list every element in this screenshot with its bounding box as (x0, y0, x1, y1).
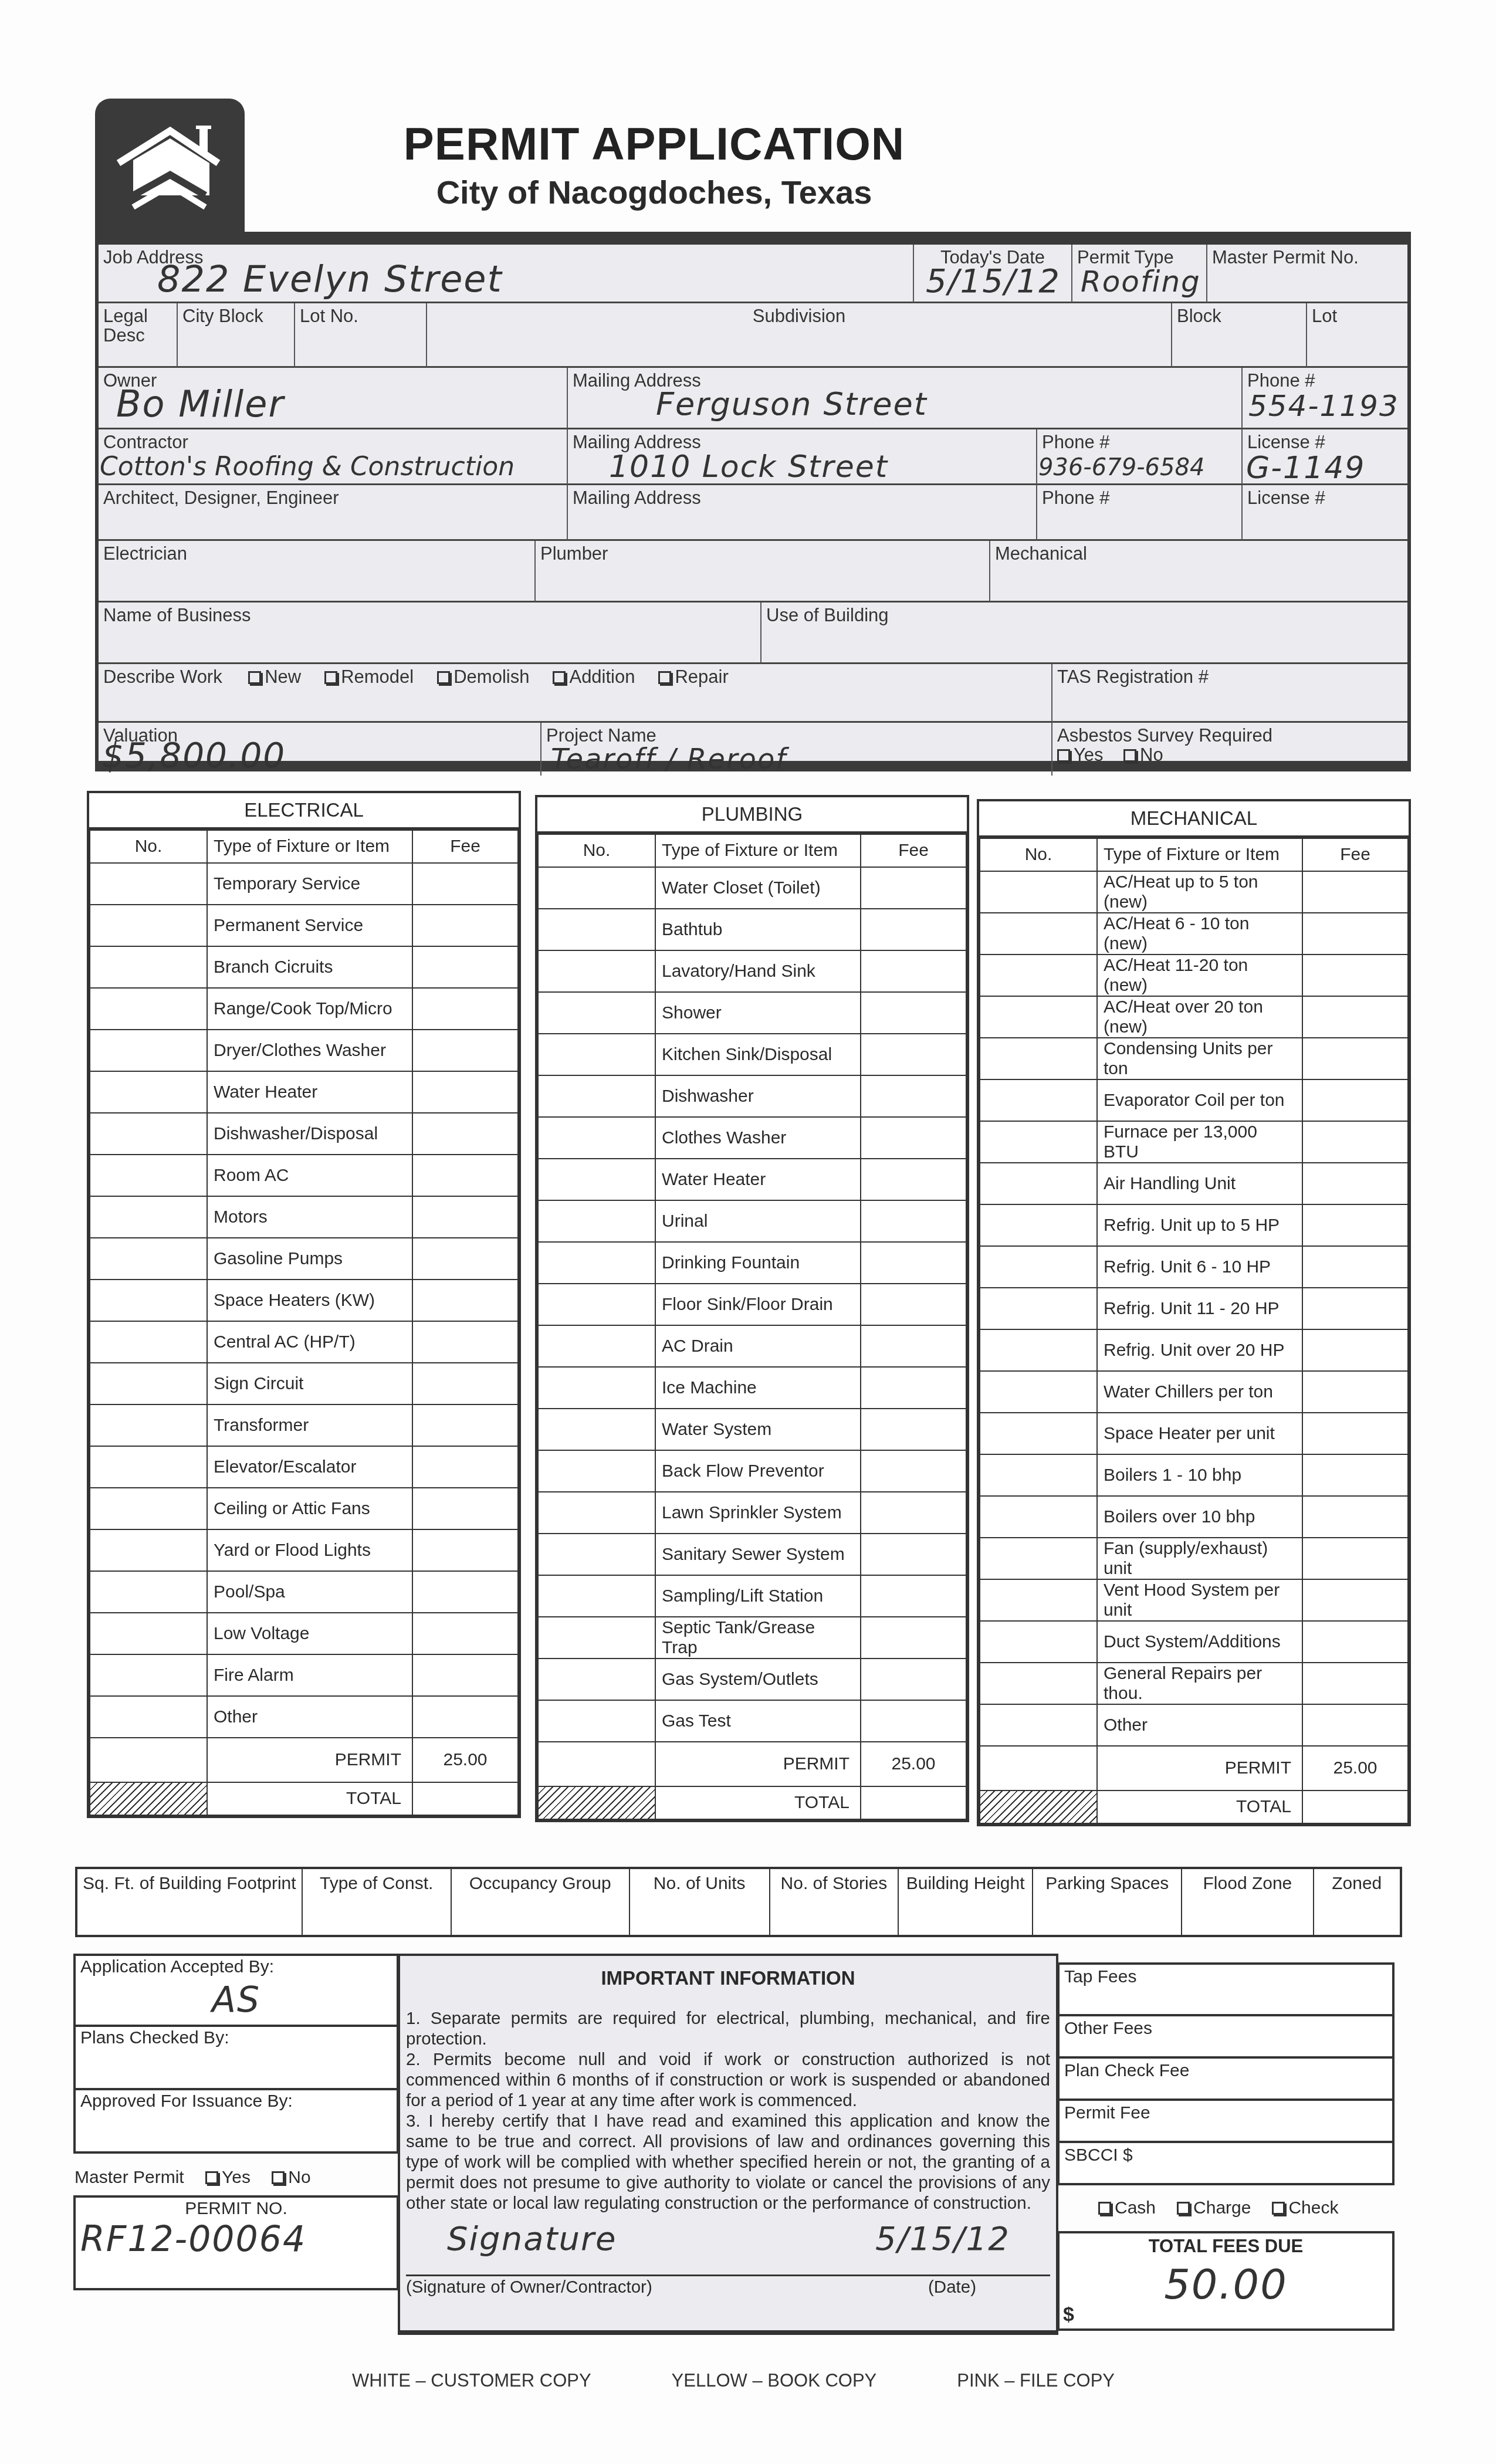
item-label: Furnace per 13,000 BTU (1097, 1121, 1302, 1163)
permit-quantity-cell (980, 1746, 1097, 1791)
table-row: Space Heater per unit (980, 1413, 1408, 1454)
quantity-cell[interactable] (980, 1246, 1097, 1288)
quantity-cell[interactable] (980, 1663, 1097, 1704)
stat-parking-spaces-field[interactable]: Parking Spaces (1033, 1869, 1182, 1935)
table-row: Gas System/Outlets (538, 1659, 966, 1700)
item-label: Low Voltage (207, 1613, 412, 1654)
office-use-section: Application Accepted By: AS Plans Checke… (73, 1954, 399, 2331)
approved-by-field[interactable]: Approved For Issuance By: (73, 2088, 399, 2154)
table-row: Shower (538, 992, 966, 1034)
item-label: Space Heater per unit (1097, 1413, 1302, 1454)
quantity-cell[interactable] (980, 871, 1097, 913)
table-row: Low Voltage (90, 1613, 518, 1654)
fee-cell[interactable] (1302, 1079, 1408, 1121)
quantity-cell[interactable] (538, 1367, 655, 1409)
quantity-cell[interactable] (538, 1534, 655, 1575)
fee-cell[interactable] (412, 1446, 518, 1488)
fee-cell[interactable] (861, 1450, 966, 1492)
item-label: Boilers over 10 bhp (1097, 1496, 1302, 1538)
quantity-cell[interactable] (90, 1696, 207, 1738)
quantity-cell[interactable] (980, 1038, 1097, 1079)
plan-check-fee-field[interactable]: Plan Check Fee (1057, 2056, 1395, 2101)
quantity-cell[interactable] (90, 1238, 207, 1280)
job-address-value: 822 Evelyn Street (157, 258, 503, 300)
work-option-new-checkbox[interactable]: New (248, 668, 301, 687)
table-row: Yard or Flood Lights (90, 1529, 518, 1571)
fee-cell[interactable] (1302, 955, 1408, 996)
fee-cell[interactable] (412, 1113, 518, 1155)
fee-cell[interactable] (861, 1492, 966, 1534)
item-label: Sanitary Sewer System (655, 1534, 861, 1575)
item-label: Shower (655, 992, 861, 1034)
table-row: Dryer/Clothes Washer (90, 1030, 518, 1071)
permit-label: PERMIT (1097, 1746, 1302, 1791)
permit-fee-value: 25.00 (412, 1738, 518, 1782)
quantity-cell[interactable] (90, 988, 207, 1030)
valuation-field[interactable]: Valuation $5,800.00 (99, 723, 541, 776)
fee-cell[interactable] (1302, 1579, 1408, 1621)
quantity-cell[interactable] (90, 1571, 207, 1613)
table-row: Refrig. Unit 11 - 20 HP (980, 1288, 1408, 1329)
quantity-cell[interactable] (90, 1404, 207, 1446)
item-label: Dishwasher (655, 1075, 861, 1117)
fee-cell[interactable] (1302, 1329, 1408, 1371)
sbcci-field[interactable]: SBCCI $ (1057, 2141, 1395, 2185)
fee-cell[interactable] (412, 1196, 518, 1238)
item-label: Pool/Spa (207, 1571, 412, 1613)
fee-cell[interactable] (861, 1575, 966, 1617)
permit-fee-value: 25.00 (1302, 1746, 1408, 1791)
fee-cell[interactable] (1302, 871, 1408, 913)
quantity-cell[interactable] (538, 1117, 655, 1159)
fee-cell[interactable] (1302, 913, 1408, 955)
fee-cell[interactable] (861, 867, 966, 909)
applicant-section: Job Address 822 Evelyn Street Today's Da… (95, 232, 1411, 771)
quantity-cell[interactable] (538, 1659, 655, 1700)
table-header-row: No.Type of Fixture or ItemFee (538, 834, 966, 867)
fee-cell[interactable] (1302, 1121, 1408, 1163)
fee-cell[interactable] (412, 1363, 518, 1404)
fee-cell[interactable] (412, 1571, 518, 1613)
table-row: Water Closet (Toilet) (538, 867, 966, 909)
quantity-cell[interactable] (980, 1288, 1097, 1329)
table-row: Sign Circuit (90, 1363, 518, 1404)
fee-cell[interactable] (861, 1075, 966, 1117)
quantity-cell[interactable] (90, 905, 207, 946)
table-row: Water System (538, 1409, 966, 1450)
quantity-cell[interactable] (980, 1413, 1097, 1454)
quantity-cell[interactable] (538, 1159, 655, 1200)
item-label: Septic Tank/Grease Trap (655, 1617, 861, 1659)
quantity-cell[interactable] (538, 1034, 655, 1075)
permit-number-field[interactable]: PERMIT NO. RF12-00064 (73, 2195, 399, 2290)
table-row: Permanent Service (90, 905, 518, 946)
quantity-cell[interactable] (90, 946, 207, 988)
fee-cell[interactable] (412, 1488, 518, 1529)
fee-cell[interactable] (1302, 1454, 1408, 1496)
block-field[interactable]: Block (1172, 303, 1307, 368)
quantity-cell[interactable] (90, 1488, 207, 1529)
table-row: Ceiling or Attic Fans (90, 1488, 518, 1529)
item-label: Kitchen Sink/Disposal (655, 1034, 861, 1075)
table-row: Lavatory/Hand Sink (538, 950, 966, 992)
permit-quantity-cell (538, 1742, 655, 1786)
fee-cell[interactable] (861, 1617, 966, 1659)
city-block-field[interactable]: City Block (178, 303, 295, 368)
architect-phone-field[interactable]: Phone # (1037, 485, 1243, 541)
table-row: Fire Alarm (90, 1654, 518, 1696)
quantity-cell[interactable] (538, 909, 655, 950)
table-row: Septic Tank/Grease Trap (538, 1617, 966, 1659)
total-fee-cell[interactable] (1302, 1791, 1408, 1823)
quantity-cell[interactable] (90, 1030, 207, 1071)
fee-cell[interactable] (861, 909, 966, 950)
quantity-cell[interactable] (90, 1280, 207, 1321)
quantity-cell[interactable] (980, 1579, 1097, 1621)
quantity-cell[interactable] (980, 1329, 1097, 1371)
quantity-cell[interactable] (538, 1242, 655, 1284)
total-row: TOTAL (538, 1786, 966, 1819)
building-use-field[interactable]: Use of Building (761, 603, 1407, 664)
quantity-cell[interactable] (980, 1621, 1097, 1663)
quantity-cell[interactable] (90, 1071, 207, 1113)
table-row: Drinking Fountain (538, 1242, 966, 1284)
item-label: Gas Test (655, 1700, 861, 1742)
permit-row: PERMIT25.00 (980, 1746, 1408, 1791)
item-label: Clothes Washer (655, 1117, 861, 1159)
quantity-cell[interactable] (980, 996, 1097, 1038)
table-row: Water Heater (538, 1159, 966, 1200)
total-row: TOTAL (90, 1782, 518, 1815)
table-row: Transformer (90, 1404, 518, 1446)
fee-cell[interactable] (861, 1367, 966, 1409)
fee-cell[interactable] (412, 1321, 518, 1363)
quantity-cell[interactable] (90, 1113, 207, 1155)
table-row: Gas Test (538, 1700, 966, 1742)
table-row: General Repairs per thou. (980, 1663, 1408, 1704)
table-row: Boilers 1 - 10 bhp (980, 1454, 1408, 1496)
item-label: Drinking Fountain (655, 1242, 861, 1284)
fee-cell[interactable] (412, 1529, 518, 1571)
lot-no-field[interactable]: Lot No. (295, 303, 427, 368)
stat-no-of-stories-field[interactable]: No. of Stories (770, 1869, 899, 1935)
date-field[interactable]: Today's Date 5/15/12 (914, 245, 1072, 303)
quantity-cell[interactable] (980, 1121, 1097, 1163)
total-label: TOTAL (207, 1782, 412, 1815)
total-fees-due-field: TOTAL FEES DUE 50.00 $ (1057, 2231, 1395, 2331)
item-label: AC/Heat over 20 ton (new) (1097, 996, 1302, 1038)
item-label: Space Heaters (KW) (207, 1280, 412, 1321)
important-information: IMPORTANT INFORMATION 1. Separate permit… (398, 1954, 1058, 2335)
quantity-cell[interactable] (90, 1196, 207, 1238)
total-row: TOTAL (980, 1791, 1408, 1823)
quantity-cell[interactable] (90, 1155, 207, 1196)
mechanical-field[interactable]: Mechanical (990, 541, 1407, 603)
architect-license-field[interactable]: License # (1243, 485, 1407, 541)
quantity-cell[interactable] (980, 1204, 1097, 1246)
fee-cell[interactable] (1302, 1288, 1408, 1329)
table-row: AC Drain (538, 1325, 966, 1367)
fee-cell[interactable] (1302, 1663, 1408, 1704)
fee-cell[interactable] (861, 1034, 966, 1075)
item-label: Transformer (207, 1404, 412, 1446)
item-label: Refrig. Unit over 20 HP (1097, 1329, 1302, 1371)
stat-occupancy-group-field[interactable]: Occupancy Group (452, 1869, 630, 1935)
owner-phone-field[interactable]: Phone # 554-1193 (1243, 368, 1407, 429)
item-label: Water Chillers per ton (1097, 1371, 1302, 1413)
item-label: AC/Heat 6 - 10 ton (new) (1097, 913, 1302, 955)
item-label: Lavatory/Hand Sink (655, 950, 861, 992)
item-label: Evaporator Coil per ton (1097, 1079, 1302, 1121)
subdivision-field[interactable]: Subdivision (427, 303, 1172, 368)
plans-checked-field[interactable]: Plans Checked By: (73, 2025, 399, 2090)
master-yes-checkbox[interactable]: Yes (205, 2168, 251, 2187)
quantity-cell[interactable] (90, 1446, 207, 1488)
item-label: Condensing Units per ton (1097, 1038, 1302, 1079)
describe-work-field: Describe Work NewRemodelDemolishAddition… (99, 664, 1052, 723)
table-row: Condensing Units per ton (980, 1038, 1408, 1079)
table-row: Dishwasher (538, 1075, 966, 1117)
stat-flood-zone-field[interactable]: Flood Zone (1182, 1869, 1314, 1935)
form-subtitle: City of Nacogdoches, Texas (317, 173, 991, 211)
lot-field[interactable]: Lot (1307, 303, 1407, 368)
table-row: Floor Sink/Floor Drain (538, 1284, 966, 1325)
fee-cell[interactable] (412, 1071, 518, 1113)
fee-cell[interactable] (1302, 1621, 1408, 1663)
table-row: Central AC (HP/T) (90, 1321, 518, 1363)
quantity-cell[interactable] (980, 955, 1097, 996)
fee-cell[interactable] (1302, 1038, 1408, 1079)
item-label: Room AC (207, 1155, 412, 1196)
fee-cell[interactable] (861, 1700, 966, 1742)
item-label: Refrig. Unit 11 - 20 HP (1097, 1288, 1302, 1329)
stat-building-height-field[interactable]: Building Height (899, 1869, 1033, 1935)
fee-cell[interactable] (861, 1534, 966, 1575)
item-label: Floor Sink/Floor Drain (655, 1284, 861, 1325)
quantity-cell[interactable] (538, 950, 655, 992)
table-row: Space Heaters (KW) (90, 1280, 518, 1321)
fee-cell[interactable] (412, 1654, 518, 1696)
fee-cell[interactable] (412, 1613, 518, 1654)
table-row: AC/Heat up to 5 ton (new) (980, 871, 1408, 913)
owner-mailing-field[interactable]: Mailing Address Ferguson Street (568, 368, 1243, 429)
form-title: PERMIT APPLICATION (317, 117, 991, 171)
fee-cell[interactable] (412, 1280, 518, 1321)
fee-cell[interactable] (861, 1284, 966, 1325)
item-label: Water System (655, 1409, 861, 1450)
quantity-cell[interactable] (90, 1363, 207, 1404)
signature-value: Signature (447, 2229, 617, 2249)
quantity-cell[interactable] (980, 913, 1097, 955)
quantity-cell[interactable] (980, 1704, 1097, 1746)
fee-cell[interactable] (412, 1155, 518, 1196)
quantity-cell[interactable] (980, 1079, 1097, 1121)
col-type-header: Type of Fixture or Item (655, 834, 861, 867)
item-label: Water Heater (655, 1159, 861, 1200)
col-no-header: No. (90, 830, 207, 863)
quantity-cell[interactable] (538, 1325, 655, 1367)
fee-cell[interactable] (861, 1117, 966, 1159)
work-option-addition-checkbox[interactable]: Addition (553, 668, 635, 687)
contractor-phone-field[interactable]: Phone # 936-679-6584 (1037, 429, 1243, 485)
table-header-row: No.Type of Fixture or ItemFee (90, 830, 518, 863)
col-fee-header: Fee (412, 830, 518, 863)
quantity-cell[interactable] (538, 1492, 655, 1534)
fee-cell[interactable] (861, 1242, 966, 1284)
quantity-cell[interactable] (90, 863, 207, 905)
quantity-cell[interactable] (90, 1613, 207, 1654)
master-no-checkbox[interactable]: No (272, 2168, 310, 2187)
work-option-demolish-checkbox[interactable]: Demolish (437, 668, 529, 687)
item-label: Fan (supply/exhaust) unit (1097, 1538, 1302, 1579)
permit-type-field[interactable]: Permit Type Roofing (1072, 245, 1207, 303)
quantity-cell[interactable] (538, 1075, 655, 1117)
plumber-field[interactable]: Plumber (536, 541, 990, 603)
fee-cell[interactable] (861, 950, 966, 992)
fee-cell[interactable] (1302, 1704, 1408, 1746)
architect-field[interactable]: Architect, Designer, Engineer (99, 485, 568, 541)
stat-zoned-field[interactable]: Zoned (1314, 1869, 1400, 1935)
quantity-cell[interactable] (538, 867, 655, 909)
item-label: Refrig. Unit up to 5 HP (1097, 1204, 1302, 1246)
fee-cell[interactable] (412, 1030, 518, 1071)
col-fee-header: Fee (1302, 838, 1408, 871)
fee-cell[interactable] (1302, 996, 1408, 1038)
electrical-title: ELECTRICAL (89, 793, 519, 830)
quantity-cell[interactable] (90, 1321, 207, 1363)
fee-cell[interactable] (861, 992, 966, 1034)
fee-cell[interactable] (861, 1325, 966, 1367)
stat-type-of-const-field[interactable]: Type of Const. (303, 1869, 452, 1935)
signature-area[interactable]: Signature 5/15/12 (Signature of Owner/Co… (406, 2229, 1050, 2299)
fee-cell[interactable] (412, 1696, 518, 1738)
quantity-cell[interactable] (90, 1654, 207, 1696)
fee-cell[interactable] (861, 1659, 966, 1700)
owner-field[interactable]: Owner Bo Miller (99, 368, 568, 429)
fee-cell[interactable] (412, 1238, 518, 1280)
quantity-cell[interactable] (538, 992, 655, 1034)
business-name-field[interactable]: Name of Business (99, 603, 761, 664)
job-address-field[interactable]: Job Address 822 Evelyn Street (99, 245, 914, 303)
total-label: TOTAL (1097, 1791, 1302, 1823)
total-fee-cell[interactable] (861, 1786, 966, 1819)
fee-cell[interactable] (412, 988, 518, 1030)
fee-cell[interactable] (1302, 1371, 1408, 1413)
copy-label: PINK – FILE COPY (957, 2370, 1115, 2391)
asbestos-yes-checkbox[interactable]: Yes (1057, 746, 1104, 765)
asbestos-no-checkbox[interactable]: No (1123, 746, 1163, 765)
quantity-cell[interactable] (538, 1450, 655, 1492)
col-no-header: No. (538, 834, 655, 867)
table-row: Urinal (538, 1200, 966, 1242)
fee-cell[interactable] (861, 1159, 966, 1200)
quantity-cell[interactable] (980, 1496, 1097, 1538)
permit-label: PERMIT (655, 1742, 861, 1786)
table-row: Branch Cicruits (90, 946, 518, 988)
fee-cell[interactable] (1302, 1538, 1408, 1579)
payment-charge-checkbox[interactable]: Charge (1177, 2198, 1251, 2218)
contractor-license-field[interactable]: License # G-1149 (1243, 429, 1407, 485)
contractor-field[interactable]: Contractor Cotton's Roofing & Constructi… (99, 429, 568, 485)
fee-cell[interactable] (412, 946, 518, 988)
fee-cell[interactable] (1302, 1496, 1408, 1538)
fee-cell[interactable] (412, 905, 518, 946)
master-permit-field[interactable]: Master Permit No. (1207, 245, 1407, 303)
item-label: Other (1097, 1704, 1302, 1746)
work-option-repair-checkbox[interactable]: Repair (658, 668, 728, 687)
item-label: Permanent Service (207, 905, 412, 946)
accepted-by-field[interactable]: Application Accepted By: AS (73, 1954, 399, 2027)
table-row: Water Heater (90, 1071, 518, 1113)
permit-fee-field[interactable]: Permit Fee (1057, 2099, 1395, 2143)
table-row: Temporary Service (90, 863, 518, 905)
copy-label: WHITE – CUSTOMER COPY (352, 2370, 591, 2391)
quantity-cell[interactable] (538, 1700, 655, 1742)
fee-cell[interactable] (861, 1200, 966, 1242)
work-option-remodel-checkbox[interactable]: Remodel (324, 668, 414, 687)
item-label: Motors (207, 1196, 412, 1238)
architect-mailing-field[interactable]: Mailing Address (568, 485, 1037, 541)
stat-sq-ft-of-building-footprint-field[interactable]: Sq. Ft. of Building Footprint (77, 1869, 303, 1935)
quantity-cell[interactable] (980, 1163, 1097, 1204)
quantity-cell[interactable] (538, 1284, 655, 1325)
quantity-cell[interactable] (980, 1538, 1097, 1579)
payment-method-options: CashChargeCheck (1098, 2198, 1403, 2218)
plumbing-title: PLUMBING (537, 797, 967, 834)
table-row: Back Flow Preventor (538, 1450, 966, 1492)
fee-cell[interactable] (412, 863, 518, 905)
electrician-field[interactable]: Electrician (99, 541, 536, 603)
fee-cell[interactable] (1302, 1413, 1408, 1454)
payment-cash-checkbox[interactable]: Cash (1098, 2198, 1156, 2218)
item-label: Ceiling or Attic Fans (207, 1488, 412, 1529)
quantity-cell[interactable] (538, 1200, 655, 1242)
table-row: Sanitary Sewer System (538, 1534, 966, 1575)
quantity-cell[interactable] (980, 1454, 1097, 1496)
fee-cell[interactable] (412, 1404, 518, 1446)
payment-check-checkbox[interactable]: Check (1272, 2198, 1338, 2218)
table-row: Refrig. Unit 6 - 10 HP (980, 1246, 1408, 1288)
quantity-cell[interactable] (538, 1409, 655, 1450)
mechanical-table: MECHANICAL No.Type of Fixture or ItemFee… (977, 799, 1411, 1826)
other-fees-field[interactable]: Other Fees (1057, 2014, 1395, 2059)
tap-fees-field[interactable]: Tap Fees (1057, 1962, 1395, 2016)
col-fee-header: Fee (861, 834, 966, 867)
fee-cell[interactable] (1302, 1246, 1408, 1288)
quantity-cell[interactable] (538, 1617, 655, 1659)
hatched-cell (980, 1791, 1097, 1823)
item-label: Branch Cicruits (207, 946, 412, 988)
fee-cell[interactable] (1302, 1163, 1408, 1204)
item-label: AC/Heat up to 5 ton (new) (1097, 871, 1302, 913)
quantity-cell[interactable] (538, 1575, 655, 1617)
tas-registration-field[interactable]: TAS Registration # (1052, 664, 1407, 723)
contractor-mailing-field[interactable]: Mailing Address 1010 Lock Street (568, 429, 1037, 485)
item-label: Fire Alarm (207, 1654, 412, 1696)
item-label: General Repairs per thou. (1097, 1663, 1302, 1704)
permit-row: PERMIT25.00 (90, 1738, 518, 1782)
table-row: Evaporator Coil per ton (980, 1079, 1408, 1121)
project-name-field[interactable]: Project Name Tearoff / Reroof (541, 723, 1052, 776)
quantity-cell[interactable] (90, 1529, 207, 1571)
fee-cell[interactable] (1302, 1204, 1408, 1246)
fee-cell[interactable] (861, 1409, 966, 1450)
total-fee-cell[interactable] (412, 1782, 518, 1815)
item-label: Yard or Flood Lights (207, 1529, 412, 1571)
permit-label: PERMIT (207, 1738, 412, 1782)
stat-no-of-units-field[interactable]: No. of Units (630, 1869, 770, 1935)
quantity-cell[interactable] (980, 1371, 1097, 1413)
